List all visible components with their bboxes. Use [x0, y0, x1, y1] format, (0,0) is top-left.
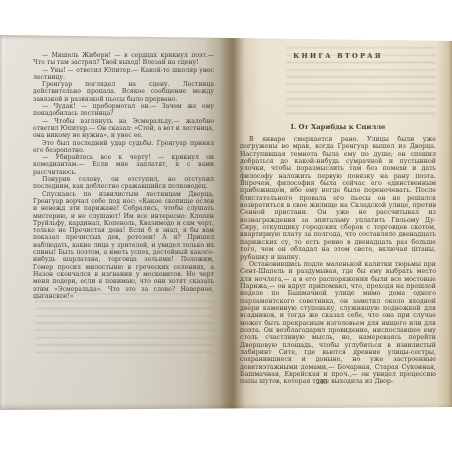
paragraph: Остановившись подле маленькой калитки тю…: [240, 261, 436, 386]
right-page-text: В январе смеркается рано. Улицы были уже…: [240, 136, 436, 386]
chapter-heading: I. От Харибды к Сцилле: [240, 123, 436, 131]
paragraph: — Чтобы взглянуть на Эсмеральду,— жалобн…: [33, 118, 214, 140]
paragraph: — Увы! — ответил Юпитер.— Какой-то школя…: [33, 67, 214, 82]
left-page-edge-highlight: [0, 35, 6, 410]
paragraph: Спускаясь по извилистым лестницам Дворца…: [33, 191, 214, 300]
book-photo: — Мишель Жиборн! — в сердцах крикнул поэ…: [0, 0, 452, 452]
paragraph: Понурив голову, он отступил, но отступил…: [33, 176, 214, 191]
page-fore-edge: [436, 35, 452, 410]
open-book: — Мишель Жиборн! — в сердцах крикнул поэ…: [0, 35, 452, 410]
paragraph: Гренгуар поглядел на сцену. Лестница дей…: [33, 81, 214, 103]
paragraph: — Мишель Жиборн! — в сердцах крикнул поэ…: [33, 52, 214, 67]
paragraph: В январе смеркается рано. Улицы были уже…: [240, 136, 436, 261]
running-head: КНИГА ВТОРАЯ: [240, 52, 436, 60]
paragraph: — Чудак! — пробормотал он.— Зачем же ему…: [33, 103, 214, 118]
paragraph: Это был последний удар судьбы. Гренгуар …: [33, 140, 214, 155]
paragraph: — Убирайтесь все к черту! — крикнул он к…: [33, 154, 214, 176]
page-number: 205: [240, 379, 404, 386]
left-page-text: — Мишель Жиборн! — в сердцах крикнул поэ…: [33, 52, 214, 300]
